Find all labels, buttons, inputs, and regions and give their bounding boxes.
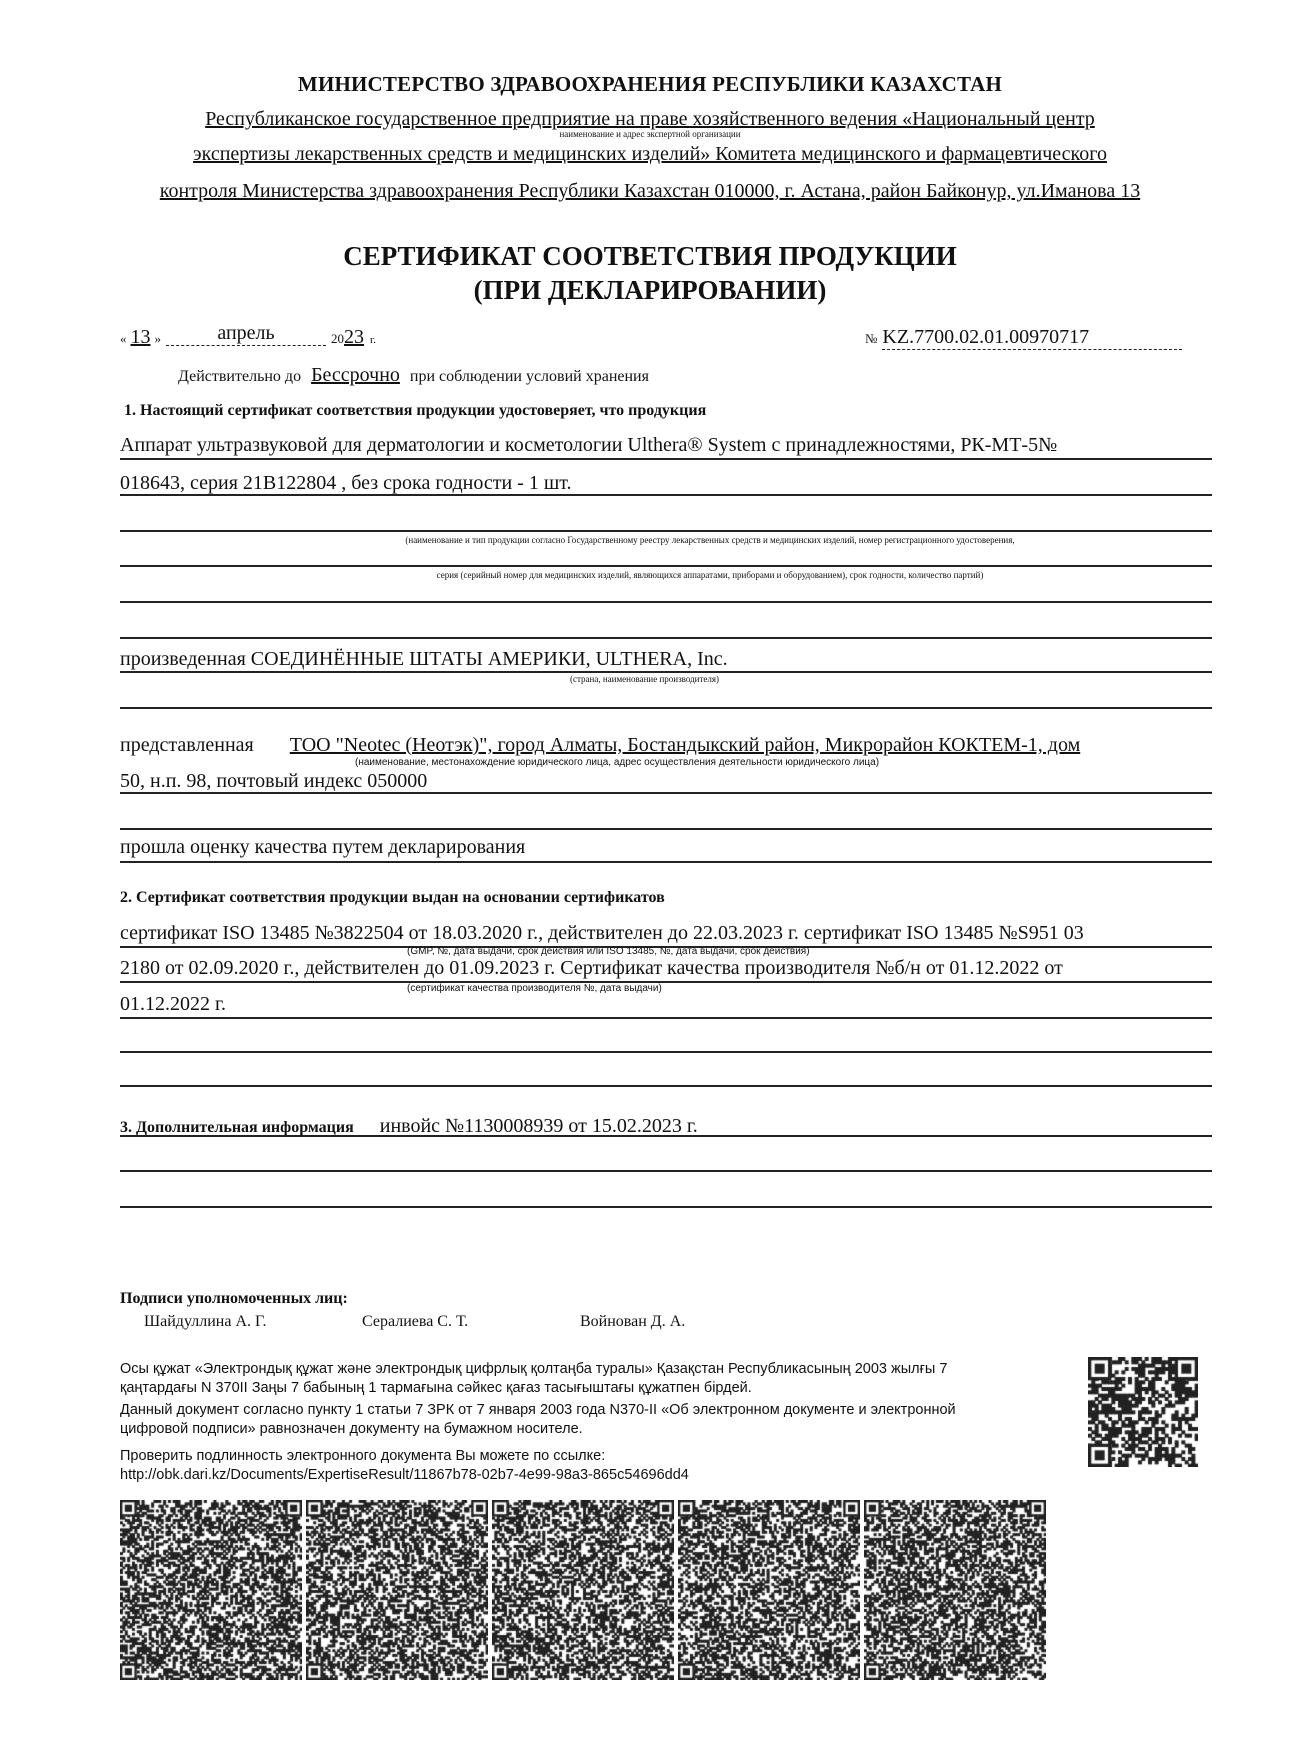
presented-line-2: 50, н.п. 98, почтовый индекс 050000 bbox=[120, 770, 427, 793]
verify-note: Проверить подлинность электронного докум… bbox=[120, 1447, 689, 1485]
manufacturer-hint: (страна, наименование производителя) bbox=[570, 674, 719, 684]
verify-qr-code[interactable] bbox=[1088, 1357, 1198, 1467]
presented-by: представленнаяТОО "Neotec (Неотэк)", гор… bbox=[120, 734, 1080, 757]
additional-info: инвойс №1130008939 от 15.02.2023 г. bbox=[358, 1115, 698, 1137]
number-sign: № bbox=[865, 331, 877, 346]
ministry-title: МИНИСТЕРСТВО ЗДРАВООХРАНЕНИЯ РЕСПУБЛИКИ … bbox=[0, 72, 1300, 97]
signatory-3: Войнован Д. А. bbox=[580, 1313, 685, 1331]
divider bbox=[120, 530, 1212, 532]
verify-label: Проверить подлинность электронного докум… bbox=[120, 1447, 689, 1466]
kz-legal-line-1: Осы құжат «Электрондық құжат және электр… bbox=[120, 1360, 947, 1379]
divider bbox=[120, 1135, 1212, 1137]
issue-month: апрель bbox=[166, 322, 326, 346]
signature-qr-code-2 bbox=[306, 1500, 488, 1680]
basis-line-3: 01.12.2022 г. bbox=[120, 993, 226, 1016]
signatory-2: Сералиева С. Т. bbox=[362, 1313, 468, 1331]
divider bbox=[120, 1051, 1212, 1053]
divider bbox=[120, 861, 1212, 863]
divider bbox=[120, 671, 1212, 673]
divider bbox=[120, 707, 1212, 709]
product-line-1: Аппарат ультразвуковой для дерматологии … bbox=[120, 434, 1057, 457]
presented-label: представленная bbox=[120, 734, 254, 756]
section-3-heading: 3. Дополнительная информация bbox=[120, 1119, 354, 1136]
divider bbox=[120, 1206, 1212, 1208]
section-2-heading: 2. Сертификат соответствия продукции выд… bbox=[120, 889, 665, 907]
presented-line-1: ТОО "Neotec (Неотэк)", город Алматы, Бос… bbox=[254, 734, 1080, 756]
divider bbox=[120, 828, 1212, 830]
year-prefix: 20 bbox=[331, 331, 344, 346]
basis-line-2: 2180 от 02.09.2020 г., действителен до 0… bbox=[120, 957, 1063, 980]
date-close-quote: » bbox=[155, 331, 162, 346]
divider bbox=[120, 792, 1212, 794]
org-hint: наименование и адрес экспертной организа… bbox=[0, 129, 1300, 139]
org-address: контроля Министерства здравоохранения Ре… bbox=[0, 180, 1300, 203]
validity-condition: при соблюдении условий хранения bbox=[410, 368, 649, 385]
kz-legal-note: Осы құжат «Электрондық құжат және электр… bbox=[120, 1360, 947, 1398]
issue-day: 13 bbox=[127, 326, 155, 348]
year-unit: г. bbox=[370, 334, 376, 346]
certificate-number: № KZ.7700.02.01.00970717 bbox=[865, 326, 1182, 350]
validity-value: Бессрочно bbox=[305, 364, 406, 386]
org-name-line-2: экспертизы лекарственных средств и медиц… bbox=[0, 143, 1300, 166]
divider bbox=[120, 601, 1212, 603]
signature-qr-code-3 bbox=[492, 1500, 674, 1680]
ru-legal-note: Данный документ согласно пункту 1 статьи… bbox=[120, 1401, 956, 1439]
validity-label: Действительно до bbox=[178, 368, 301, 385]
assessment: прошла оценку качества путем декларирова… bbox=[120, 836, 525, 859]
product-hint-2: серия (серийный номер для медицинских из… bbox=[60, 570, 1300, 580]
org-name-line-1: Республиканское государственное предприя… bbox=[0, 108, 1300, 131]
divider bbox=[120, 494, 1212, 496]
validity: Действительно до Бессрочно при соблюдени… bbox=[178, 364, 649, 387]
basis-hint-2: (сертификат качества производителя №, да… bbox=[407, 983, 662, 994]
product-hint-1: (наименование и тип продукции согласно Г… bbox=[60, 535, 1300, 545]
divider bbox=[120, 637, 1212, 639]
product-line-2: 018643, серия 21B122804 , без срока годн… bbox=[120, 472, 571, 495]
section-1-heading: 1. Настоящий сертификат соответствия про… bbox=[124, 402, 706, 420]
signatures-heading: Подписи уполномоченных лиц: bbox=[120, 1290, 348, 1308]
divider bbox=[120, 1085, 1212, 1087]
certificate-subtitle: (ПРИ ДЕКЛАРИРОВАНИИ) bbox=[0, 273, 1300, 307]
divider bbox=[120, 1170, 1212, 1172]
certificate-title: СЕРТИФИКАТ СООТВЕТСТВИЯ ПРОДУКЦИИ bbox=[0, 239, 1300, 273]
signatory-1: Шайдуллина А. Г. bbox=[144, 1313, 266, 1331]
ru-legal-line-2: цифровой подписи» равнозначен документу … bbox=[120, 1420, 956, 1439]
verify-url[interactable]: http://obk.dari.kz/Documents/ExpertiseRe… bbox=[120, 1466, 689, 1485]
certificate-number-value: KZ.7700.02.01.00970717 bbox=[882, 326, 1182, 350]
signature-qr-code-4 bbox=[678, 1500, 860, 1680]
divider bbox=[120, 565, 1212, 567]
presented-hint: (наименование, местонахождение юридическ… bbox=[355, 757, 879, 768]
issue-date: «13» апрель 2023г. bbox=[120, 326, 376, 350]
divider bbox=[120, 981, 1212, 983]
basis-hint-1: (GMP, №, дата выдачи, срок действия или … bbox=[407, 946, 810, 957]
basis-line-1: сертификат ISO 13485 №3822504 от 18.03.2… bbox=[120, 922, 1084, 945]
signature-qr-code-1 bbox=[120, 1500, 302, 1680]
manufacturer: произведенная СОЕДИНЁННЫЕ ШТАТЫ АМЕРИКИ,… bbox=[120, 648, 728, 671]
divider bbox=[120, 458, 1212, 460]
year-suffix: 23 bbox=[344, 326, 370, 348]
kz-legal-line-2: қаңтардағы N 370II Заңы 7 бабының 1 тарм… bbox=[120, 1379, 947, 1398]
ru-legal-line-1: Данный документ согласно пункту 1 статьи… bbox=[120, 1401, 956, 1420]
date-open-quote: « bbox=[120, 331, 127, 346]
divider bbox=[120, 1017, 1212, 1019]
signature-qr-code-5 bbox=[864, 1500, 1046, 1680]
